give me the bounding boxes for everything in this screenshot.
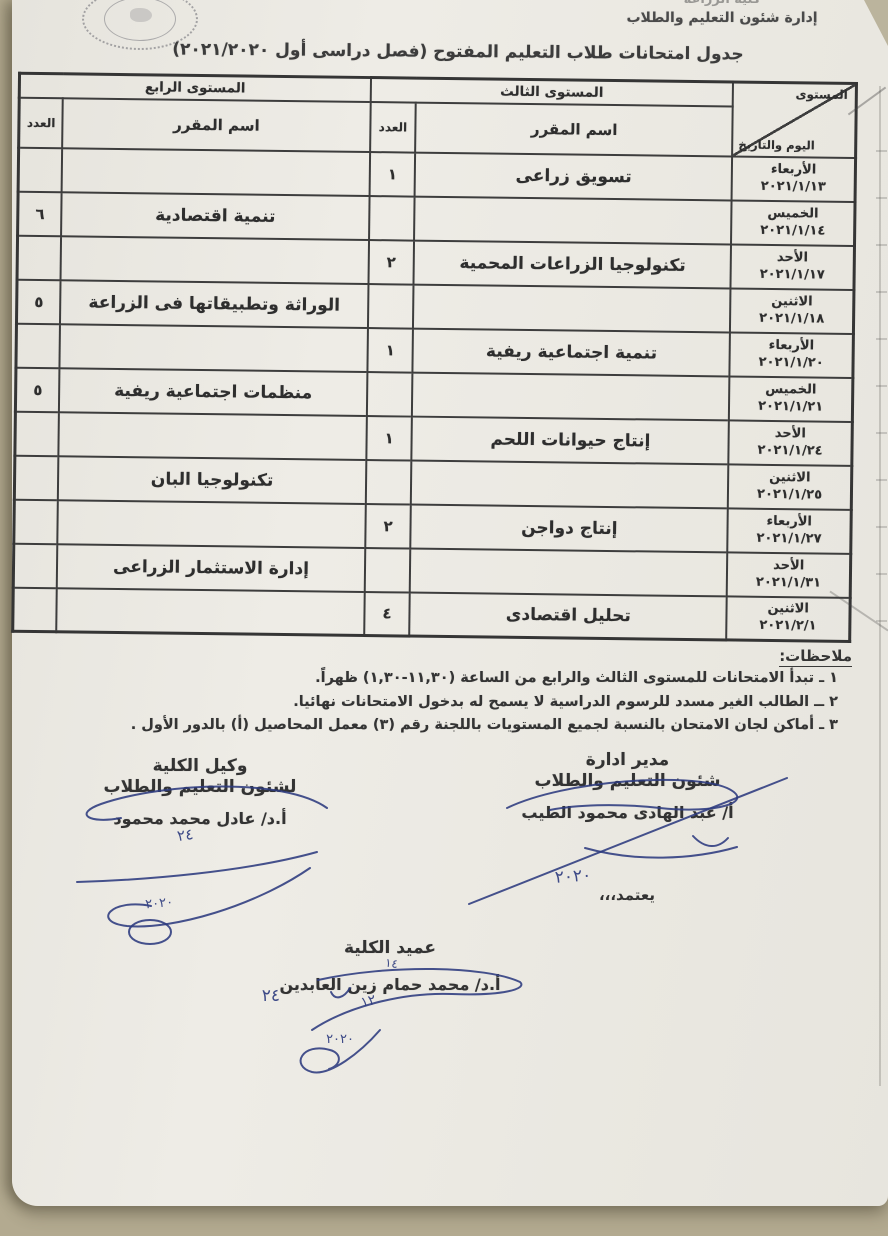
level4-count-cell [17,235,61,280]
vice-dean-title-line2: لشئون التعليم والطلاب [55,777,345,798]
level3-count-cell [365,460,411,505]
level4-course-header: اسم المقرر [63,98,371,152]
level3-count-cell: ١ [369,152,415,197]
day-date-cell: الخميس٢٠٢١/١/٢١ [729,376,853,422]
exam-table-body: الأربعاء٢٠٢١/١/١٣تسويق زراعى١الخميس٢٠٢١/… [13,147,856,641]
document-paper: كلية الزراعة إدارة شئون التعليم والطلاب … [12,0,888,1206]
level4-count-cell [14,455,58,500]
level4-count-cell [15,411,59,456]
level3-count-cell [364,548,410,593]
day-date-cell: الأحد٢٠٢١/١/١٧ [731,244,855,290]
day-date-cell: الأربعاء٢٠٢١/١/١٣ [732,156,856,202]
level4-count-cell [18,147,62,192]
level4-count-cell: ٥ [15,367,59,412]
director-name: أ/ عبد الهادى محمود الطيب [455,803,800,822]
level3-count-cell [368,284,414,329]
level4-count-cell: ٦ [18,191,62,236]
level4-course-cell [62,148,370,196]
level4-course-cell: تنمية اقتصادية [61,192,369,240]
paper-corner-tear [864,0,888,46]
document-title: جدول امتحانات طلاب التعليم المفتوح (فصل … [168,39,748,64]
level3-course-cell [413,284,730,332]
org-line1-clip: كلية الزراعة [572,0,872,9]
vice-dean-day-scribble: ٢٤ [176,825,194,845]
level3-course-cell: تسويق زراعى [415,152,732,200]
department-name: إدارة شئون التعليم والطلاب [572,10,872,26]
level3-course-cell [414,196,731,244]
level4-course-cell: منظمات اجتماعية ريفية [59,368,367,416]
note-item-2: ٢ ــ الطالب الغير مسدد للرسوم الدراسية ل… [40,691,852,715]
org-header: كلية الزراعة إدارة شئون التعليم والطلاب [572,0,872,26]
corner-level-label: المستوى [795,87,847,102]
approval-word: يعتمد،،، [599,886,655,904]
level3-course-cell: تحليل اقتصادى [410,592,727,640]
vice-dean-signature-block: وكيل الكلية لشئون التعليم والطلاب أ.د/ ع… [55,756,345,951]
level3-count-cell [367,372,413,417]
faculty-name: كلية الزراعة [572,0,872,7]
level3-course-header: اسم المقرر [416,102,733,156]
notes-heading: ملاحظات: [779,647,852,667]
level4-count-cell: ٥ [16,279,60,324]
day-date-cell: الاثنين٢٠٢١/١/٢٥ [728,464,852,510]
dean-signature-block: عميد الكلية أ.د/ محمد حمام زين العابدين … [230,938,550,1088]
dean-signature-scribble: ٢٤ ١٢ ١٤ ٢٠٢٠ [230,938,550,1088]
dean-date-scribble: ٢٠٢٠ [326,1032,354,1047]
day-date-cell: الاثنين٢٠٢١/٢/١ [726,596,850,642]
dean-name: أ.د/ محمد حمام زين العابدين [230,975,550,994]
note-item-3: ٣ ـ أماكن لجان الامتحان بالنسبة لجميع ال… [40,714,852,738]
level4-course-cell [59,412,367,460]
dean-month-scribble: ١٢ [359,992,377,1011]
vice-dean-title-line1: وكيل الكلية [55,756,345,777]
exam-row: الاثنين٢٠٢١/٢/١تحليل اقتصادى٤ [13,587,850,641]
exam-table-head: المستوى اليوم والتاريخ المستوى الثالث ال… [19,73,857,157]
level4-count-cell [14,499,58,544]
dean-title: عميد الكلية [230,938,550,959]
director-title-line2: شئون التعليم والطلاب [455,771,800,792]
day-date-cell: الأحد٢٠٢١/١/٢٤ [729,420,853,466]
exam-schedule-table: المستوى اليوم والتاريخ المستوى الثالث ال… [11,72,858,643]
level4-course-cell [58,500,366,548]
day-date-cell: الأحد٢٠٢١/١/٣١ [727,552,851,598]
level3-count-cell [369,196,415,241]
day-date-cell: الخميس٢٠٢١/١/١٤ [731,200,855,246]
notes-section: ملاحظات: ١ ـ تبدأ الامتحانات للمستوى الث… [40,646,852,738]
vice-dean-date-scribble: ٢٠٢٠ [145,895,174,912]
vice-dean-name: أ.د/ عادل محمد محمود [55,809,345,828]
day-date-cell: الاثنين٢٠٢١/١/١٨ [730,288,854,334]
corner-daydate-label: اليوم والتاريخ [738,137,814,152]
level3-course-cell: تنمية اجتماعية ريفية [413,328,730,376]
seal-emblem [130,8,152,22]
level4-course-cell [61,236,369,284]
level4-count-cell [13,587,57,632]
corner-header-cell: المستوى اليوم والتاريخ [732,82,856,158]
director-title-line1: مدير ادارة [455,750,800,771]
level4-course-cell: الوراثة وتطبيقاتها فى الزراعة [60,280,368,328]
exam-table-wrap: المستوى اليوم والتاريخ المستوى الثالث ال… [11,72,858,643]
day-date-cell: الأربعاء٢٠٢١/١/٢٠ [730,332,854,378]
level4-course-cell [57,588,365,636]
level3-course-cell: إنتاج حيوانات اللحم [412,416,729,464]
level3-count-cell: ١ [366,416,412,461]
level4-count-cell [13,543,57,588]
level4-course-cell: تكنولوجيا البان [58,456,366,504]
level3-course-cell [412,372,729,420]
level4-course-cell: إدارة الاستثمار الزراعى [57,544,365,592]
scanned-document-photo: { "org": { "line1": "كلية الزراعة", "lin… [0,0,888,1236]
level3-count-cell: ٢ [365,504,411,549]
level3-count-cell: ٢ [368,240,414,285]
level4-course-cell [60,324,368,372]
level3-course-cell [411,460,728,508]
note-item-1: ١ ـ تبدأ الامتحانات للمستوى الثالث والرا… [40,667,852,691]
level4-count-cell [16,323,60,368]
level3-count-cell: ١ [367,328,413,373]
page-edge-row-marks [876,150,887,650]
level3-course-cell [410,548,727,596]
level4-count-header: العدد [19,97,63,148]
level3-course-cell: إنتاج دواجن [411,504,728,552]
level3-course-cell: تكنولوجيا الزراعات المحمية [414,240,731,288]
director-date-scribble: ٢٠٢٠ [554,865,592,887]
level3-count-cell: ٤ [364,592,410,637]
level3-count-header: العدد [370,102,416,153]
day-date-cell: الأربعاء٢٠٢١/١/٢٧ [727,508,851,554]
